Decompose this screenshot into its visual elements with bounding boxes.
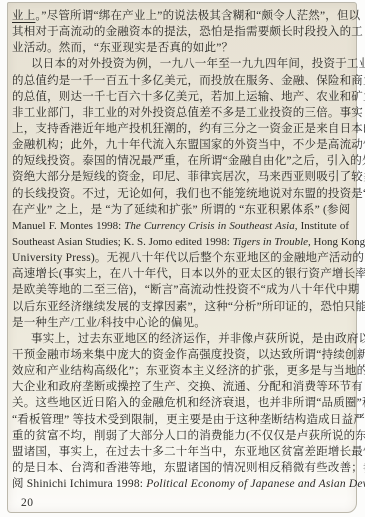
text-segment: 干预金融市场来集中庞大的资金作高强度投资，以达致所谓“持续创新 — [12, 349, 365, 361]
text-segment: 以日本的对外投资为例，一九八一年至一九九四年间，投资于工业 — [31, 58, 365, 70]
text-segment: 的是日本、台湾和香港等地，东盟诸国的情况则相反稍微有些改善；参 — [12, 462, 365, 474]
text-line: Manuel F. Montes 1998: The Currency Cris… — [12, 218, 349, 234]
text-segment: 阅 Shinichi Ichimura 1998: — [12, 478, 146, 490]
text-segment: 业活动。然而，“东亚现实是否真的如此”？ — [12, 42, 233, 54]
book-title-italic: Tigers in Trouble — [233, 236, 308, 248]
text-segment: 。”尽管所谓“绑在产业上”的说法极其含糊和“颇令人茫然”，但以 — [35, 10, 360, 22]
text-segment: 业上 — [12, 10, 35, 22]
text-line: 高速增长(事实上，在八十年代，日本以外的亚太区的银行资产增长率 — [12, 266, 349, 282]
text-line: 以日本的对外投资为例，一九八一年至一九九四年间，投资于工业 — [12, 56, 349, 72]
text-line: 效应和产业结构高级化”；东亚资本主义经济的扩张，更多是与当地的 — [12, 363, 349, 379]
text-segment: 上，支持香港近年地产投机狂潮的，约有三分之一资金正是来自日本的 — [12, 123, 365, 135]
text-segment: 的总值约是一千一百五十多亿美元，而投放在服务、金融、保险和商业 — [12, 75, 365, 87]
text-segment: 的短线投资。泰国的情况最严重，在所谓“金融自由化”之后，引入的外 — [12, 155, 365, 167]
text-segment: 非工业部门，非工业的对外投资总值差不多是工业投资的三倍。事实 — [12, 107, 363, 119]
text-line: 业活动。然而，“东亚现实是否真的如此”？ — [12, 40, 349, 56]
text-line: 其相对于高流动的金融资本的提法，恐怕是指需要颇长时段投入的工 — [12, 24, 349, 40]
text-segment: 效应和产业结构高级化”；东亚资本主义经济的扩张，更多是与当地的 — [12, 365, 365, 377]
text-segment: 关。这些地区近日陷入的金融危机和经济衰退，也并非所谓“品质圈”和 — [12, 397, 365, 409]
text-line: 是一种生产/工业/科技中心论的偏见。 — [12, 315, 349, 331]
text-line: 非工业部门，非工业的对外投资总值差不多是工业投资的三倍。事实 — [12, 105, 349, 121]
text-segment: 其相对于高流动的金融资本的提法，恐怕是指需要颇长时段投入的工 — [12, 26, 363, 38]
text-segment: , Hong Kong — [308, 236, 365, 248]
text-line: 事实上，过去东亚地区的经济运作，并非像卢荻所说，是由政府以 — [12, 331, 349, 347]
text-line: 干预金融市场来集中庞大的资金作高强度投资，以达致所谓“持续创新 — [12, 347, 349, 363]
text-line: University Press)。无视八十年代以后整个东亚地区的金融地产活动的 — [12, 250, 349, 266]
text-line: 的短线投资。泰国的情况最严重，在所谓“金融自由化”之后，引入的外 — [12, 153, 349, 169]
text-segment: 高速增长(事实上，在八十年代，日本以外的亚太区的银行资产增长率 — [12, 268, 365, 280]
text-line: 阅 Shinichi Ichimura 1998: Political Econ… — [12, 476, 349, 492]
book-title-italic: The Currency Crisis in Southeast Asia — [124, 220, 294, 232]
text-line: 金融机构；此外，九十年代流入东盟国家的外资当中，不少是高流动性 — [12, 137, 349, 153]
text-line: 盟诸国，事实上，在过去十多二十年当中，东亚地区贫富差距增长最快 — [12, 444, 349, 460]
book-title-italic: Political Economy of Japanese and Asian … — [146, 478, 365, 490]
text-line: 重的贫富不均，削弱了大部分人口的消费能力(不仅仅是卢荻所说的东 — [12, 428, 349, 444]
text-line: 是欧美等地的二至三倍)，“断言”高流动性投资不“成为八十年代中期 — [12, 282, 349, 298]
text-line: 在产业” 之上，是 “为了延续和扩张” 所谓的 “东亚积累体系” (参阅 — [12, 202, 349, 218]
text-segment: Southeast Asian Studies; K. S. Jomo edit… — [12, 236, 233, 248]
text-segment: 重的贫富不均，削弱了大部分人口的消费能力(不仅仅是卢荻所说的东 — [12, 430, 365, 442]
text-segment: 的长线投资。不过，无论如何，我们也不能笼统地说对东盟的投资是“绑 — [12, 188, 365, 200]
text-line: 的长线投资。不过，无论如何，我们也不能笼统地说对东盟的投资是“绑 — [12, 186, 349, 202]
text-line: 的总值，则达一千七百六十多亿美元，若加上运输、地产、农业和矿业等 — [12, 89, 349, 105]
text-line: 上，支持香港近年地产投机狂潮的，约有三分之一资金正是来自日本的 — [12, 121, 349, 137]
text-line: 大企业和政府垄断或操控了生产、交换、流通、分配和消费等环节有 — [12, 379, 349, 395]
book-page: 业上。”尽管所谓“绑在产业上”的说法极其含糊和“颇令人茫然”，但以其相对于高流动… — [7, 2, 357, 513]
text-segment: , Institute of — [295, 220, 349, 232]
text-segment: 是一种生产/工业/科技中心论的偏见。 — [12, 317, 206, 329]
text-segment: 大企业和政府垄断或操控了生产、交换、流通、分配和消费等环节有 — [12, 381, 363, 393]
text-segment: Manuel F. Montes 1998: — [12, 220, 124, 232]
page-number: 20 — [21, 497, 349, 509]
text-line: Southeast Asian Studies; K. S. Jomo edit… — [12, 234, 349, 250]
text-line: 的总值约是一千一百五十多亿美元，而投放在服务、金融、保险和商业 — [12, 73, 349, 89]
text-segment: 是欧美等地的二至三倍)，“断言”高流动性投资不“成为八十年代中期 — [12, 284, 360, 296]
text-segment: 盟诸国，事实上，在过去十多二十年当中，东亚地区贫富差距增长最快 — [12, 446, 365, 458]
text-line: 资绝大部分是短线的资金，印尼、菲律宾居次，马来西亚则吸引了较多 — [12, 169, 349, 185]
text-segment: 事实上，过去东亚地区的经济运作，并非像卢荻所说，是由政府以 — [31, 333, 365, 345]
text-segment: University Press)。无视八十年代以后整个东亚地区的金融地产活动的 — [12, 252, 364, 264]
text-line: 关。这些地区近日陷入的金融危机和经济衰退，也并非所谓“品质圈”和 — [12, 395, 349, 411]
text-line: 的是日本、台湾和香港等地，东盟诸国的情况则相反稍微有些改善；参 — [12, 460, 349, 476]
text-segment: 在产业” 之上，是 “为了延续和扩张” 所谓的 “东亚积累体系” (参阅 — [12, 204, 350, 216]
text-segment: 以后东亚经济继续发展的支撑因素”，这种“分析”所印证的，恐怕只能 — [12, 301, 365, 313]
text-line: 以后东亚经济继续发展的支撑因素”，这种“分析”所印证的，恐怕只能 — [12, 299, 349, 315]
text-segment: “看板管理” 等技术受到限制，更主要是由于这种垄断结构造成日益严 — [12, 414, 365, 426]
text-line: 业上。”尽管所谓“绑在产业上”的说法极其含糊和“颇令人茫然”，但以 — [12, 8, 349, 24]
text-segment: 资绝大部分是短线的资金，印尼、菲律宾居次，马来西亚则吸引了较多 — [12, 171, 365, 183]
page-text: 业上。”尽管所谓“绑在产业上”的说法极其含糊和“颇令人茫然”，但以其相对于高流动… — [12, 8, 349, 509]
text-line: “看板管理” 等技术受到限制，更主要是由于这种垄断结构造成日益严 — [12, 412, 349, 428]
text-segment: 金融机构；此外，九十年代流入东盟国家的外资当中，不少是高流动性 — [12, 139, 365, 151]
text-segment: 的总值，则达一千七百六十多亿美元，若加上运输、地产、农业和矿业等 — [12, 91, 365, 103]
